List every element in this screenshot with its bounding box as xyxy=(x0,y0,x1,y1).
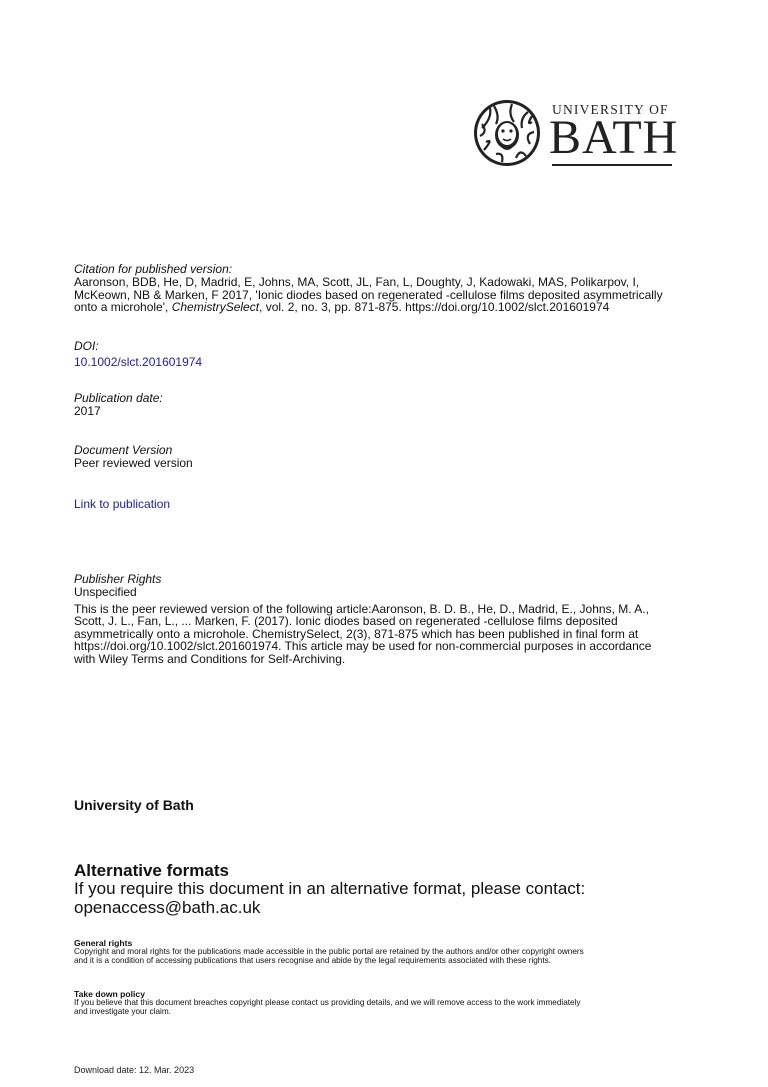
alternative-formats-email: openaccess@bath.ac.uk xyxy=(74,899,585,918)
citation-line-1: Aaronson, BDB, He, D, Madrid, E, Johns, … xyxy=(74,276,734,289)
document-version-value: Peer reviewed version xyxy=(74,457,193,470)
publication-date-value: 2017 xyxy=(74,405,163,418)
bath-seal-icon xyxy=(472,98,542,168)
logo-bath: BATH xyxy=(549,114,678,162)
citation-line-3: onto a microhole', ChemistrySelect, vol.… xyxy=(74,301,734,314)
doi-link[interactable]: 10.1002/slct.201601974 xyxy=(74,355,202,369)
document-version-section: Document Version Peer reviewed version xyxy=(74,444,193,470)
publisher-rights-line: Scott, J. L., Fan, L., ... Marken, F. (2… xyxy=(74,615,734,628)
take-down-policy-line-2: and investigate your claim. xyxy=(74,1008,754,1017)
download-date: Download date: 12. Mar. 2023 xyxy=(74,1065,194,1075)
university-logo: UNIVERSITY OF BATH xyxy=(472,98,677,170)
publisher-rights-value: Unspecified xyxy=(74,586,734,599)
general-rights-section: General rights Copyright and moral right… xyxy=(74,939,754,965)
general-rights-line-2: and it is a condition of accessing publi… xyxy=(74,957,754,966)
citation-journal: ChemistrySelect xyxy=(172,300,259,314)
logo-underline xyxy=(552,164,672,166)
doi-label: DOI: xyxy=(74,340,202,353)
alternative-formats-text: If you require this document in an alter… xyxy=(74,880,585,899)
publisher-rights-label: Publisher Rights xyxy=(74,573,734,586)
alternative-formats-heading: Alternative formats xyxy=(74,862,585,880)
take-down-policy-section: Take down policy If you believe that thi… xyxy=(74,990,754,1016)
publication-date-section: Publication date: 2017 xyxy=(74,392,163,418)
citation-section: Citation for published version: Aaronson… xyxy=(74,263,734,314)
institution-name: University of Bath xyxy=(74,797,194,813)
doi-section: DOI: 10.1002/slct.201601974 xyxy=(74,340,202,371)
citation-line-3-post: , vol. 2, no. 3, pp. 871-875. https://do… xyxy=(259,300,609,314)
publisher-rights-line: https://doi.org/10.1002/slct.201601974. … xyxy=(74,640,734,653)
link-to-publication[interactable]: Link to publication xyxy=(74,497,170,511)
alternative-formats-section: Alternative formats If you require this … xyxy=(74,862,585,917)
publisher-rights-section: Publisher Rights Unspecified This is the… xyxy=(74,573,734,665)
publisher-rights-line: with Wiley Terms and Conditions for Self… xyxy=(74,653,734,666)
take-down-policy-line-1: If you believe that this document breach… xyxy=(74,999,754,1008)
citation-line-3-pre: onto a microhole', xyxy=(74,300,172,314)
